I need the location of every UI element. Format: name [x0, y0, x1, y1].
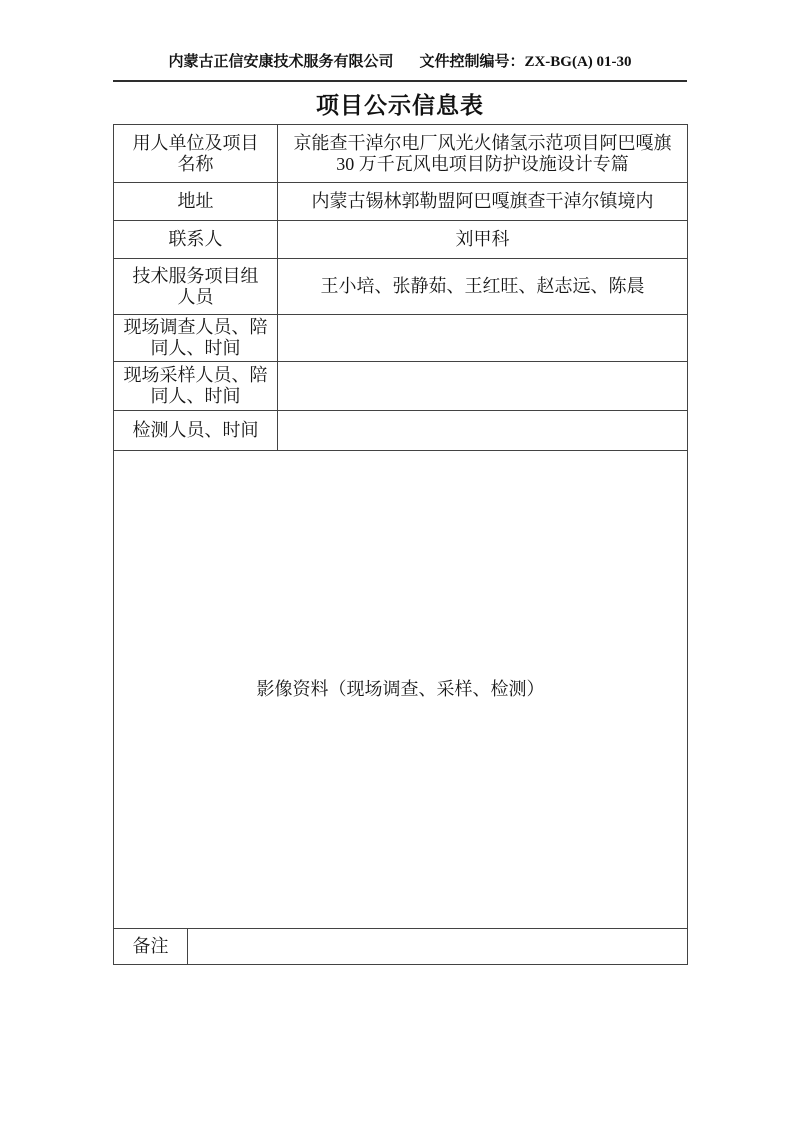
- label-employer-project-name: 用人单位及项目 名称: [114, 125, 278, 183]
- table-row-employer-project: 用人单位及项目 名称 京能查干淖尔电厂风光火储氢示范项目阿巴嘎旗 30 万千瓦风…: [114, 125, 688, 183]
- page-title: 项目公示信息表: [113, 91, 687, 121]
- project-info-table: 用人单位及项目 名称 京能查干淖尔电厂风光火储氢示范项目阿巴嘎旗 30 万千瓦风…: [113, 124, 688, 965]
- company-name: 内蒙古正信安康技术服务有限公司: [168, 51, 393, 73]
- media-section-cell: 影像资料（现场调查、采样、检测）: [114, 451, 688, 929]
- value-employer-project-name: 京能查干淖尔电厂风光火储氢示范项目阿巴嘎旗 30 万千瓦风电项目防护设施设计专篇: [278, 125, 688, 183]
- value-service-team: 王小培、张静茹、王红旺、赵志远、陈晨: [278, 259, 688, 315]
- value-address: 内蒙古锡林郭勒盟阿巴嘎旗查干淖尔镇境内: [278, 183, 688, 221]
- document-page: 内蒙古正信安康技术服务有限公司 文件控制编号：ZX-BG(A) 01-30 项目…: [0, 0, 800, 1131]
- label-remark: 备注: [114, 929, 188, 965]
- label-service-team: 技术服务项目组 人员: [114, 259, 278, 315]
- table-row-contact: 联系人 刘甲科: [114, 221, 688, 259]
- label-site-survey-personnel: 现场调查人员、陪 同人、时间: [114, 315, 278, 362]
- value-remark: [188, 929, 688, 965]
- label-sampling-personnel: 现场采样人员、陪 同人、时间: [114, 362, 278, 411]
- value-sampling-personnel: [278, 362, 688, 411]
- table-row-address: 地址 内蒙古锡林郭勒盟阿巴嘎旗查干淖尔镇境内: [114, 183, 688, 221]
- table-row-service-team: 技术服务项目组 人员 王小培、张静茹、王红旺、赵志远、陈晨: [114, 259, 688, 315]
- label-contact-person: 联系人: [114, 221, 278, 259]
- value-testing-personnel: [278, 411, 688, 451]
- document-control-number: 文件控制编号：ZX-BG(A) 01-30: [419, 51, 631, 73]
- table-row-media: 影像资料（现场调查、采样、检测）: [114, 451, 688, 929]
- value-contact-person: 刘甲科: [278, 221, 688, 259]
- table-row-remark: 备注: [114, 929, 688, 965]
- table-row-sampling: 现场采样人员、陪 同人、时间: [114, 362, 688, 411]
- table-row-testing: 检测人员、时间: [114, 411, 688, 451]
- value-site-survey-personnel: [278, 315, 688, 362]
- table-row-site-survey: 现场调查人员、陪 同人、时间: [114, 315, 688, 362]
- label-testing-personnel: 检测人员、时间: [114, 411, 278, 451]
- document-content: 内蒙古正信安康技术服务有限公司 文件控制编号：ZX-BG(A) 01-30 项目…: [113, 0, 687, 965]
- label-address: 地址: [114, 183, 278, 221]
- document-header: 内蒙古正信安康技术服务有限公司 文件控制编号：ZX-BG(A) 01-30: [113, 51, 687, 82]
